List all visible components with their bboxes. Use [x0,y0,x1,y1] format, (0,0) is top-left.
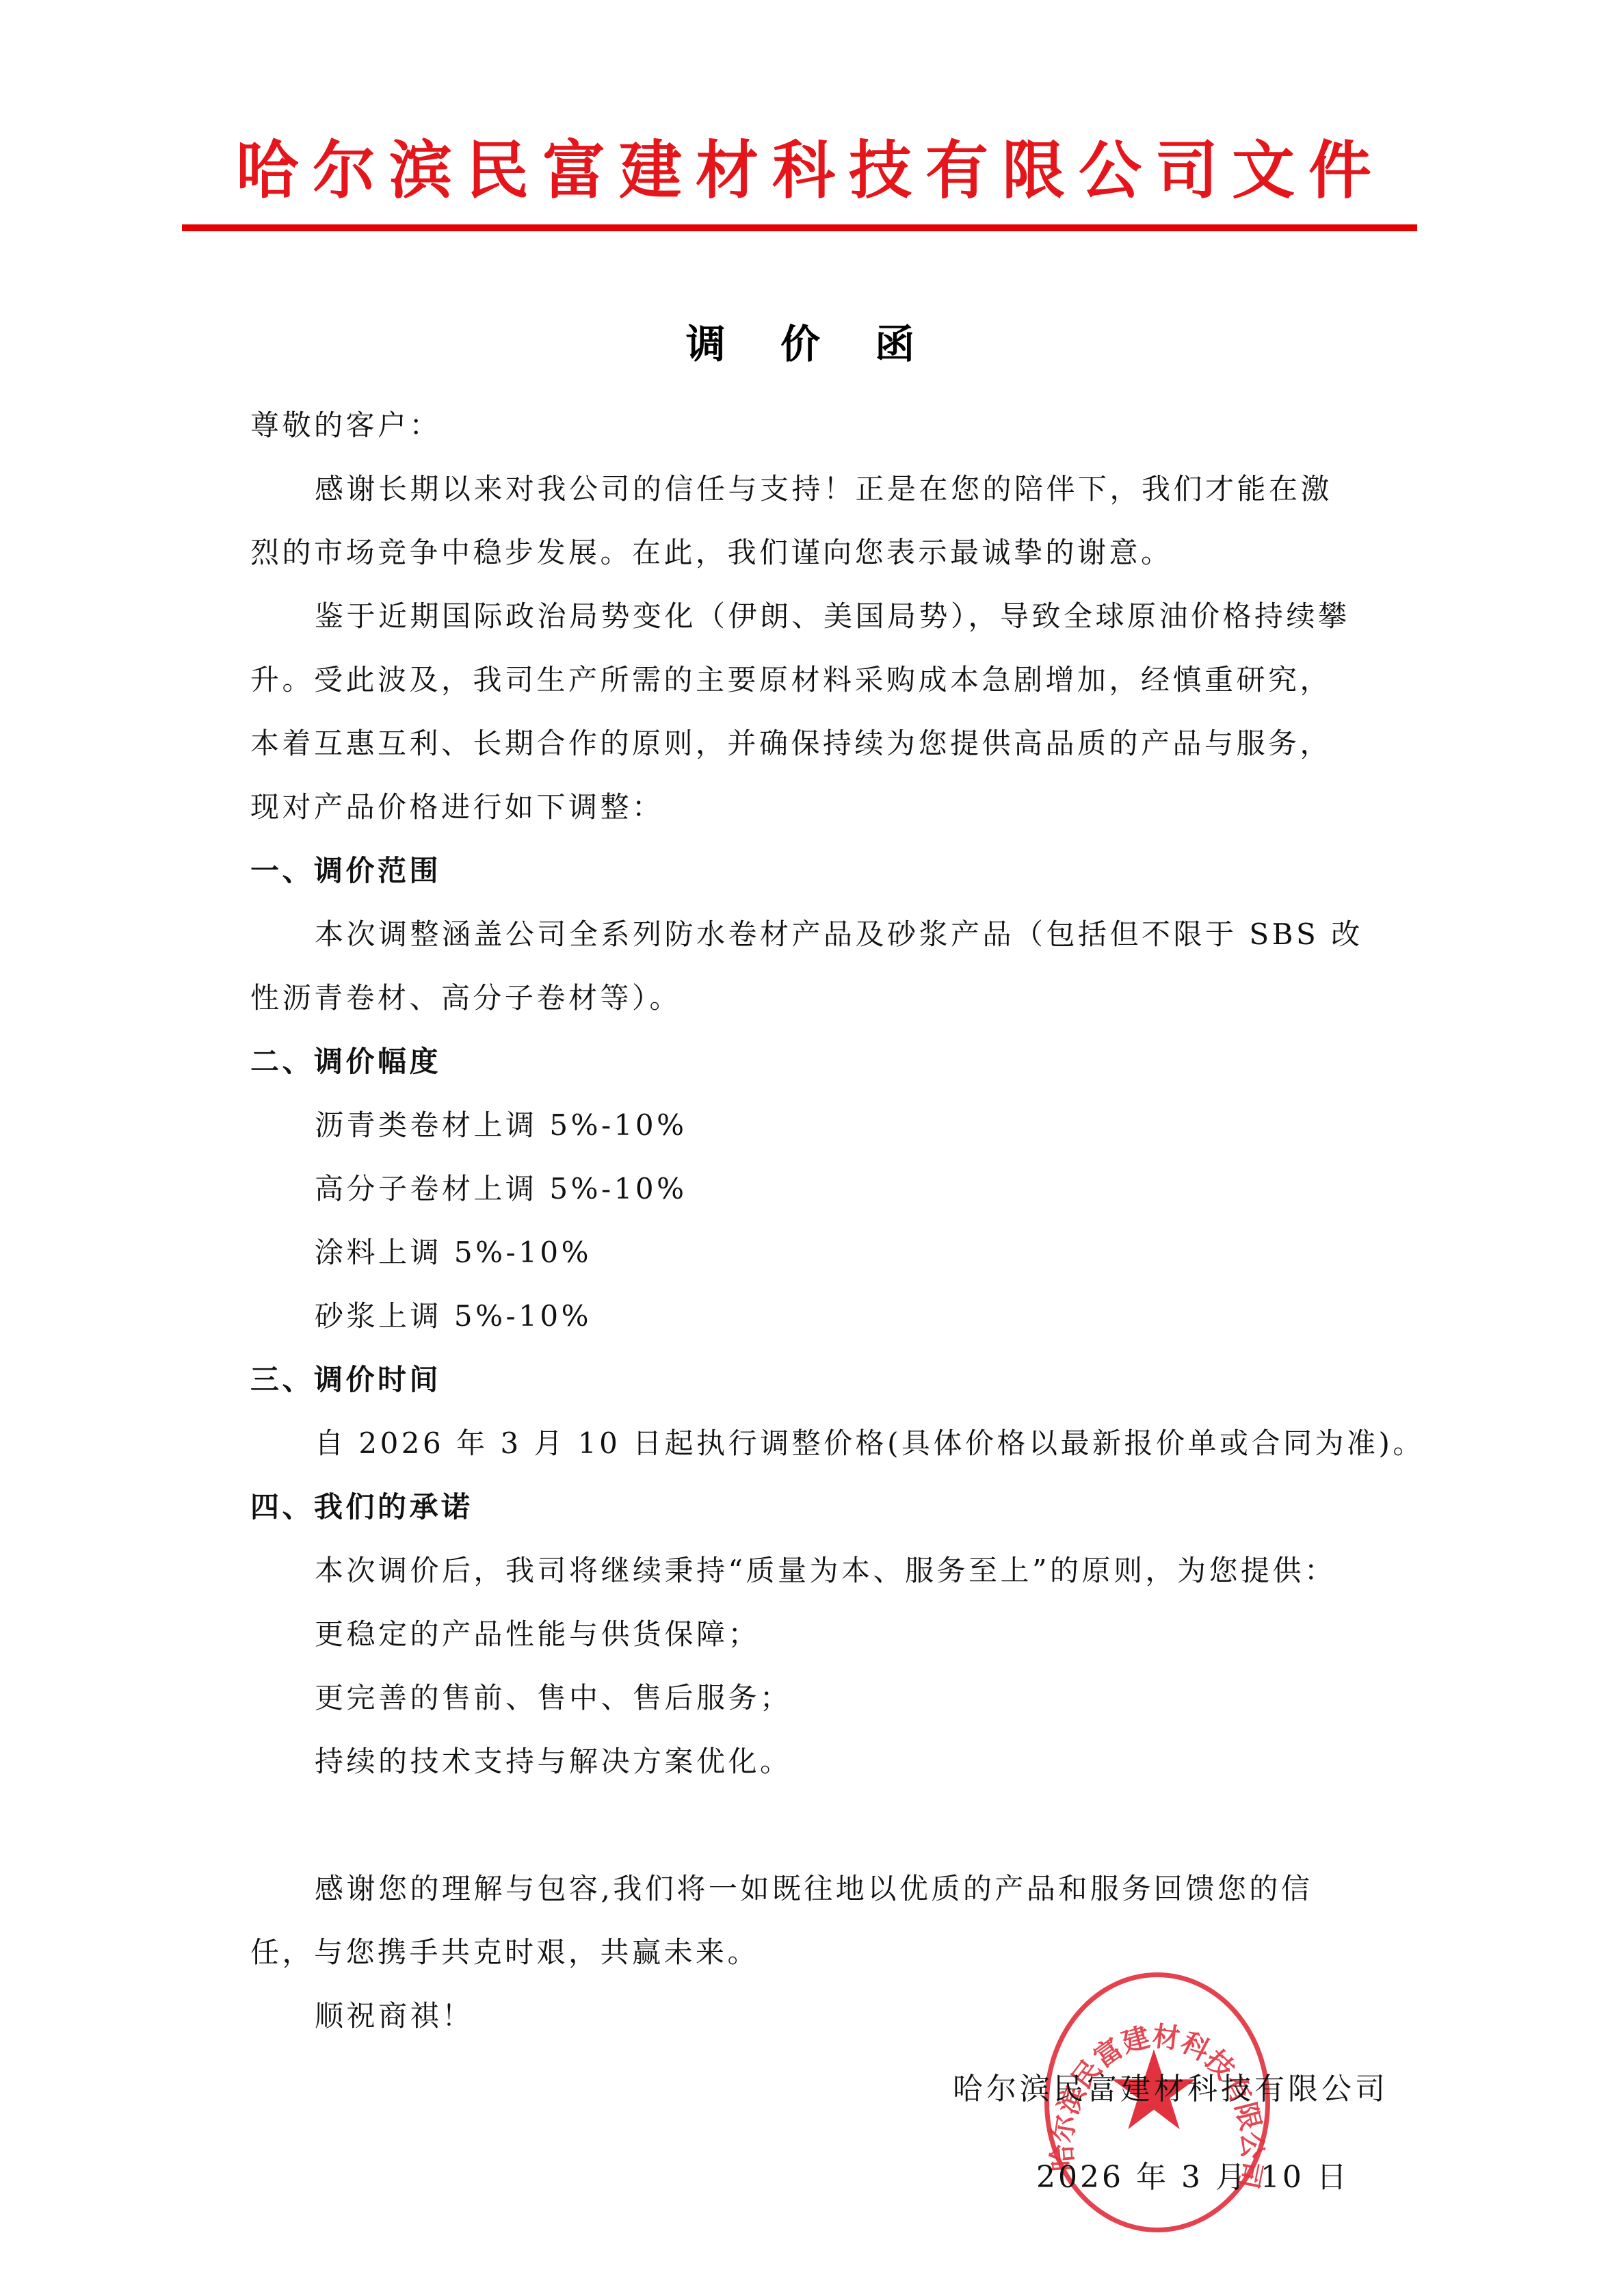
document-title: 调 价 函 [0,320,1621,368]
signature-date: 2026 年 3 月 10 日 [1036,2158,1349,2197]
reason-paragraph-line-2: 升。受此波及，我司生产所需的主要原材料采购成本急剧增加，经慎重研究， [250,662,1332,698]
range-item-mortar: 砂浆上调 5%-10% [315,1299,592,1334]
range-item-coating: 涂料上调 5%-10% [315,1235,592,1270]
red-divider-rule [182,224,1417,231]
intro-paragraph-line-2: 烈的市场竞争中稳步发展。在此，我们谨向您表示最诚挚的谢意。 [250,535,1173,571]
company-document-header: 哈尔滨民富建材科技有限公司文件 [0,137,1621,205]
commitment-item-3: 持续的技术支持与解决方案优化。 [315,1744,792,1779]
closing-line-2: 任，与您携手共克时艰，共赢未来。 [250,1935,759,1970]
salutation: 尊敬的客户： [250,408,441,443]
commitment-intro: 本次调价后，我司将继续秉持“质量为本、服务至上”的原则，为您提供： [315,1553,1336,1589]
signature-company: 哈尔滨民富建材科技有限公司 [953,2070,1388,2109]
reason-paragraph-line-3: 本着互惠互利、长期合作的原则，并确保持续为您提供高品质的产品与服务， [250,726,1332,761]
reason-paragraph-line-4: 现对产品价格进行如下调整： [250,790,664,825]
range-item-asphalt: 沥青类卷材上调 5%-10% [315,1108,687,1143]
effective-date-line: 自 2026 年 3 月 10 日起执行调整价格(具体价格以最新报价单或合同为准… [315,1426,1425,1461]
range-item-polymer: 高分子卷材上调 5%-10% [315,1171,687,1207]
intro-paragraph-line-1: 感谢长期以来对我公司的信任与支持！正是在您的陪伴下，我们才能在激 [315,471,1332,507]
scope-line-2: 性沥青卷材、高分子卷材等）。 [250,980,681,1016]
scope-line-1: 本次调整涵盖公司全系列防水卷材产品及砂浆产品（包括但不限于 SBS 改 [315,917,1363,952]
section-heading-scope: 一、调价范围 [250,853,441,889]
section-heading-range: 二、调价幅度 [250,1044,441,1080]
closing-line-1: 感谢您的理解与包容,我们将一如既往地以优质的产品和服务回馈您的信 [315,1871,1313,1907]
regards: 顺祝商祺！ [315,1998,474,2034]
reason-paragraph-line-1: 鉴于近期国际政治局势变化（伊朗、美国局势），导致全球原油价格持续攀 [315,599,1350,634]
commitment-item-2: 更完善的售前、售中、售后服务； [315,1680,792,1716]
commitment-item-1: 更稳定的产品性能与供货保障； [315,1617,760,1652]
section-heading-time: 三、调价时间 [250,1362,441,1398]
section-heading-commitment: 四、我们的承诺 [250,1489,473,1525]
